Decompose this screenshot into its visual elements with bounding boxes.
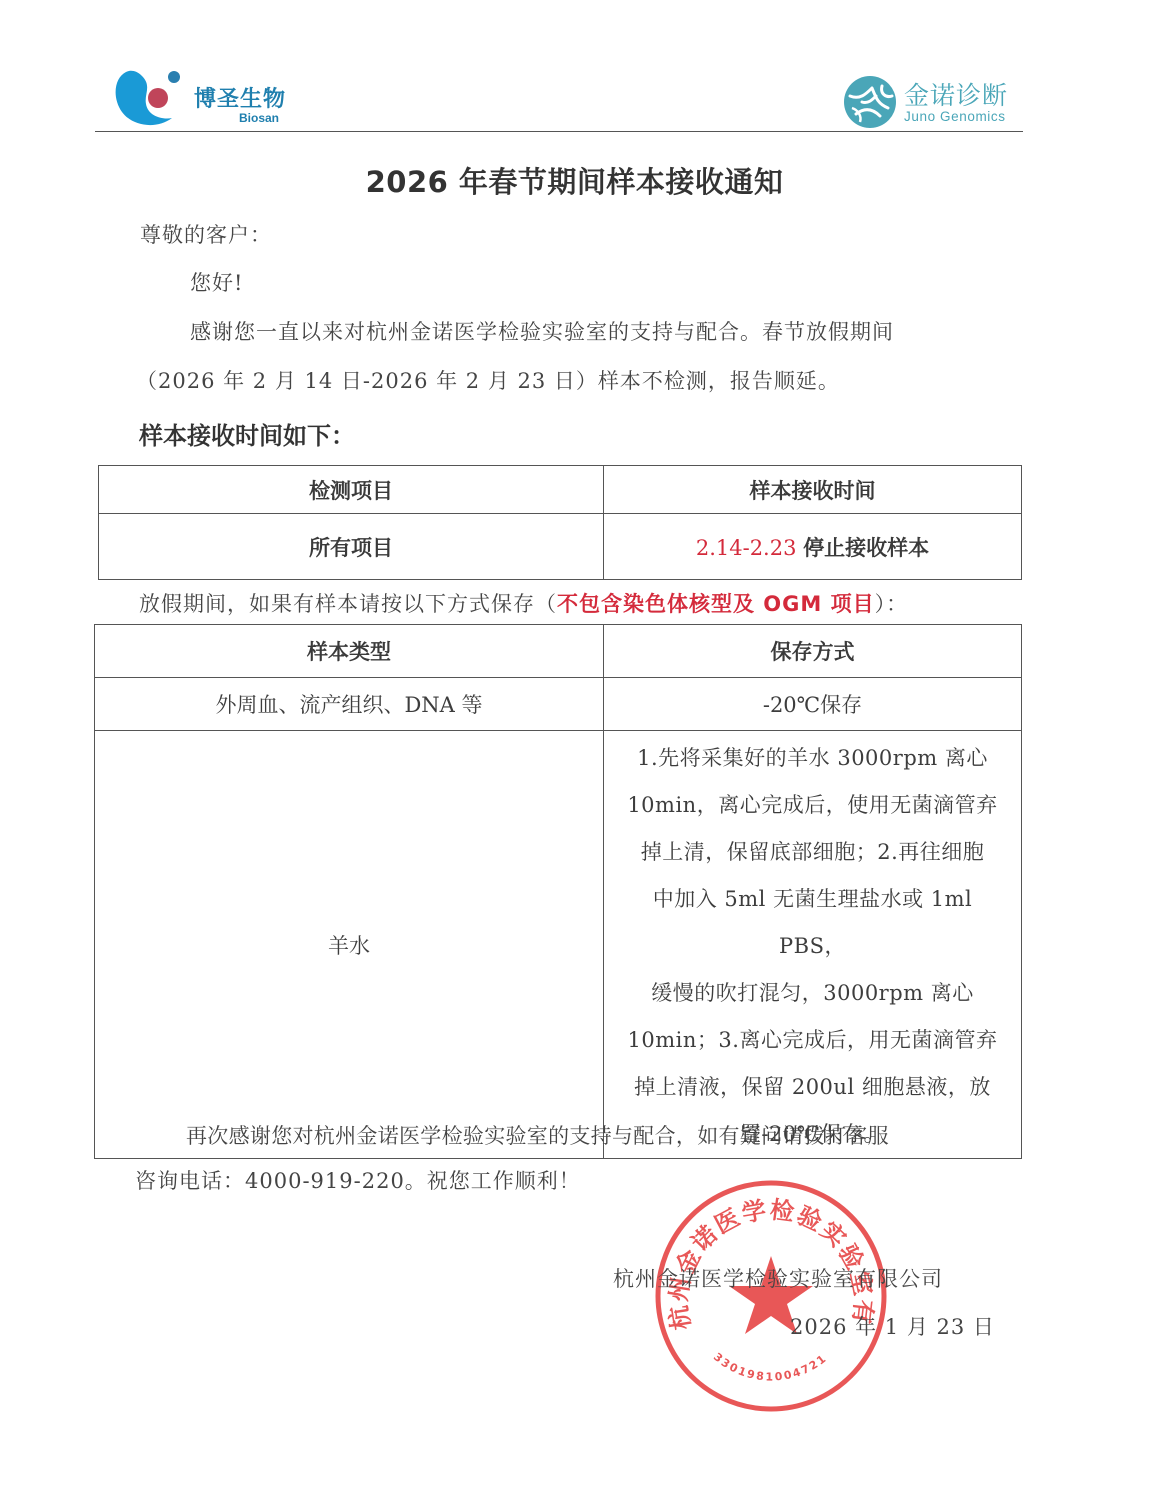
method-line: 中加入 5ml 无菌生理盐水或 1ml PBS，: [616, 876, 1009, 970]
table-row: 所有项目 2.14-2.23 停止接收样本: [99, 514, 1022, 580]
intro-line-1: 感谢您一直以来对杭州金诺医学检验实验室的支持与配合。春节放假期间: [190, 316, 894, 346]
greeting: 您好!: [190, 267, 243, 297]
cell-all-items: 所有项目: [99, 514, 604, 580]
storage-exclusion-note: 不包含染色体核型及 OGM 项目: [557, 592, 875, 616]
header-storage-method: 保存方式: [604, 625, 1022, 678]
closing-line-2: 咨询电话：4000-919-220。祝您工作顺利！: [135, 1165, 581, 1195]
header-reception-time: 样本接收时间: [604, 466, 1022, 514]
storage-intro: 放假期间，如果有样本请按以下方式保存（不包含染色体核型及 OGM 项目）：: [139, 588, 908, 618]
section-heading: 样本接收时间如下：: [139, 416, 355, 451]
intro-line-2: （2026 年 2 月 14 日-2026 年 2 月 23 日）样本不检测，报…: [136, 365, 840, 395]
cell-storage-method: -20℃保存: [604, 678, 1022, 731]
juno-name-en: Juno Genomics: [904, 109, 1006, 124]
page-title: 2026 年春节期间样本接收通知: [0, 160, 1149, 201]
header-sample-type: 样本类型: [95, 625, 604, 678]
method-line: 10min，离心完成后，使用无菌滴管弃: [616, 782, 1009, 829]
storage-intro-prefix: 放假期间，如果有样本请按以下方式保存（: [139, 592, 557, 616]
method-line: 掉上清液，保留 200ul 细胞悬液，放: [616, 1064, 1009, 1111]
cell-storage-method: 1.先将采集好的羊水 3000rpm 离心 10min，离心完成后，使用无菌滴管…: [604, 731, 1022, 1159]
table-row: 外周血、流产组织、DNA 等 -20℃保存: [95, 678, 1022, 731]
stop-date-range: 2.14-2.23: [696, 536, 797, 560]
method-line: 缓慢的吹打混匀，3000rpm 离心: [616, 970, 1009, 1017]
storage-table-header: 样本类型 保存方式: [95, 625, 1022, 678]
salutation: 尊敬的客户：: [140, 219, 272, 249]
signature-company: 杭州金诺医学检验实验室有限公司: [613, 1263, 943, 1293]
header-test-item: 检测项目: [99, 466, 604, 514]
juno-name-cn: 金诺诊断: [904, 76, 1008, 112]
reception-table: 检测项目 样本接收时间 所有项目 2.14-2.23 停止接收样本: [98, 465, 1022, 580]
storage-table: 样本类型 保存方式 外周血、流产组织、DNA 等 -20℃保存 羊水 1.先将采…: [94, 624, 1022, 1159]
method-line: 掉上清，保留底部细胞；2.再往细胞: [616, 829, 1009, 876]
storage-intro-suffix: ）：: [875, 592, 909, 616]
company-seal: 杭州金诺医学检验实验室有限公司 3301981004721 1: [653, 1178, 889, 1414]
biosan-name-cn: 博圣生物: [194, 82, 286, 113]
method-line: 1.先将采集好的羊水 3000rpm 离心: [616, 735, 1009, 782]
signature-date: 2026 年 1 月 23 日: [790, 1311, 995, 1341]
juno-logo: 金诺诊断 Juno Genomics: [840, 72, 1040, 132]
closing-line-1: 再次感谢您对杭州金诺医学检验实验室的支持与配合，如有疑问请拨打客服: [186, 1120, 889, 1150]
stop-receiving-label: 停止接收样本: [803, 536, 929, 560]
juno-logo-icon: [842, 74, 898, 130]
cell-reception-status: 2.14-2.23 停止接收样本: [604, 514, 1022, 580]
biosan-logo: 博圣生物 Biosan: [112, 68, 312, 130]
seal-icon: 杭州金诺医学检验实验室有限公司 3301981004721 1: [653, 1178, 889, 1414]
table-row: 羊水 1.先将采集好的羊水 3000rpm 离心 10min，离心完成后，使用无…: [95, 731, 1022, 1159]
header-divider: [95, 131, 1023, 132]
reception-table-header: 检测项目 样本接收时间: [99, 466, 1022, 514]
cell-sample-type: 羊水: [95, 731, 604, 1159]
cell-sample-type: 外周血、流产组织、DNA 等: [95, 678, 604, 731]
biosan-name-en: Biosan: [239, 111, 279, 125]
biosan-logo-icon: [112, 68, 192, 130]
method-line: 10min；3.离心完成后，用无菌滴管弃: [616, 1017, 1009, 1064]
